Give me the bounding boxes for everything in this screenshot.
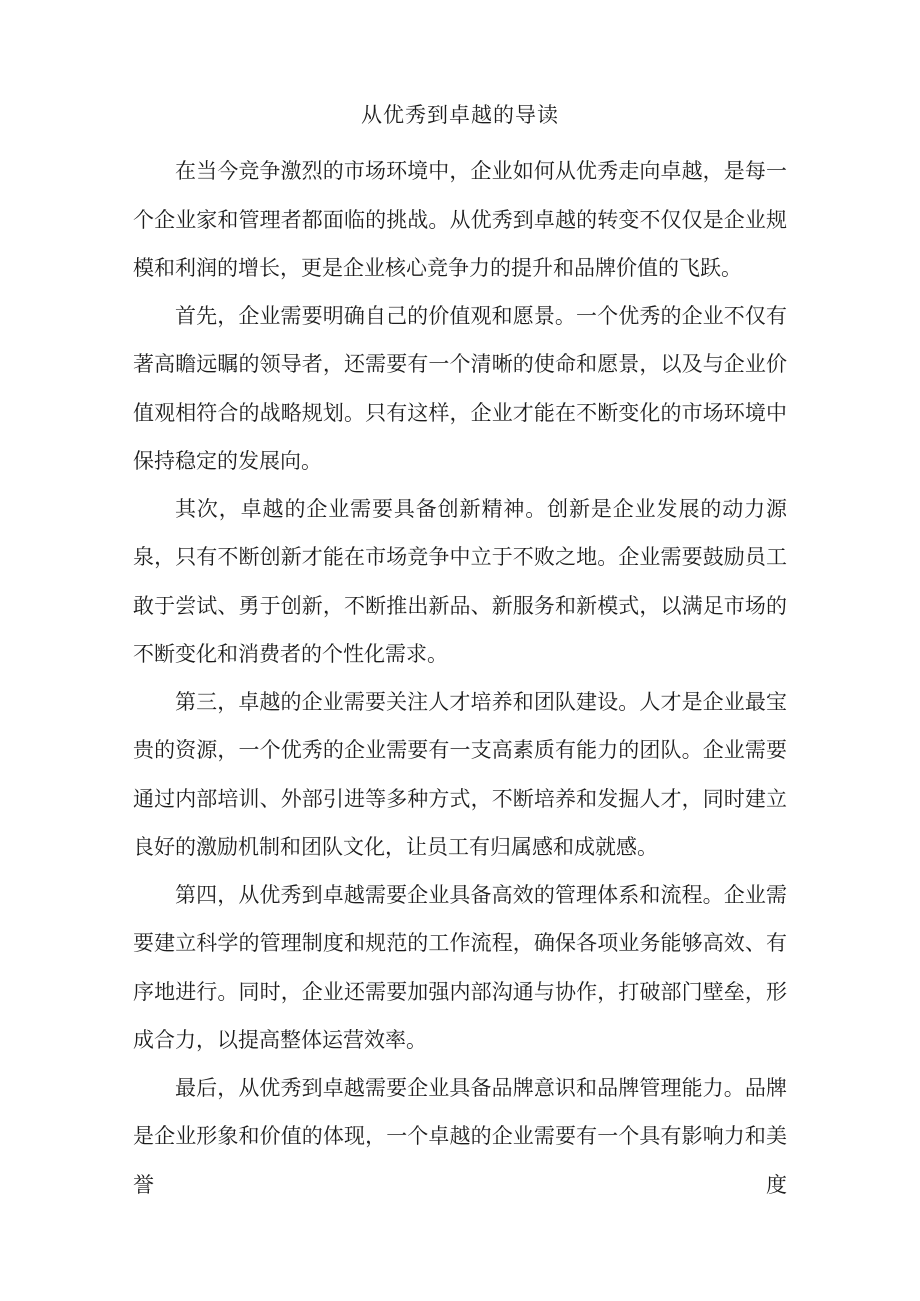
document-title: 从优秀到卓越的导读 [133,91,787,139]
paragraph-fourth-point: 第四，从优秀到卓越需要企业具备高效的管理体系和流程。企业需要建立科学的管理制度和… [133,871,787,1064]
paragraph-first-point: 首先，企业需要明确自己的价值观和愿景。一个优秀的企业不仅有著高瞻远瞩的领导者，还… [133,292,787,485]
paragraph-second-point: 其次，卓越的企业需要具备创新精神。创新是企业发展的动力源泉，只有不断创新才能在市… [133,485,787,678]
paragraph-intro: 在当今竞争激烈的市场环境中，企业如何从优秀走向卓越，是每一个企业家和管理者都面临… [133,147,787,292]
paragraph-final-point: 最后，从优秀到卓越需要企业具备品牌意识和品牌管理能力。品牌是企业形象和价值的体现… [133,1064,787,1209]
document-page: 从优秀到卓越的导读 在当今竞争激烈的市场环境中，企业如何从优秀走向卓越，是每一个… [0,0,920,1301]
document-content: 从优秀到卓越的导读 在当今竞争激烈的市场环境中，企业如何从优秀走向卓越，是每一个… [133,91,787,1209]
paragraph-third-point: 第三，卓越的企业需要关注人才培养和团队建设。人才是企业最宝贵的资源，一个优秀的企… [133,678,787,871]
